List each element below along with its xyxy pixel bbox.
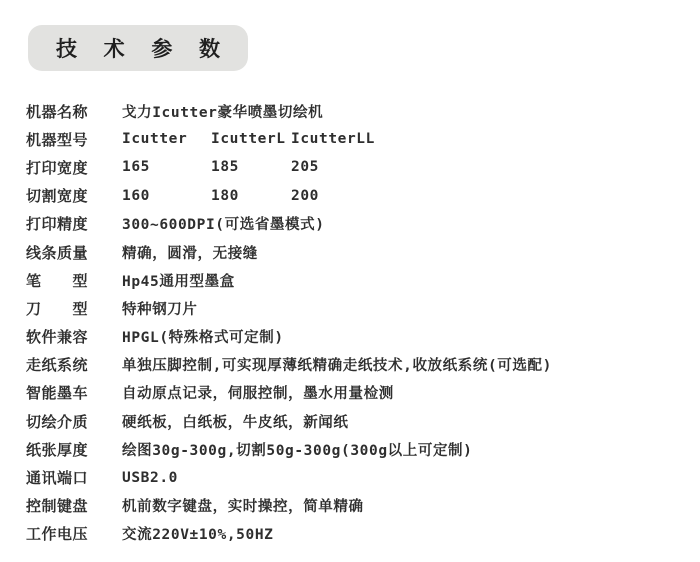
spec-value: Icutter (122, 131, 211, 147)
spec-value: 绘图30g-300g,切割50g-300g(300g以上可定制) (122, 439, 472, 460)
spec-label: 走纸系统 (26, 354, 122, 375)
spec-label: 打印宽度 (26, 157, 122, 178)
spec-value: 200 (291, 188, 319, 204)
spec-row: 机器名称戈力Icutter豪华喷墨切绘机 (26, 97, 674, 125)
spec-value: 机前数字键盘，实时操控，简单精确 (122, 495, 364, 516)
spec-label: 线条质量 (26, 242, 122, 263)
spec-label: 打印精度 (26, 213, 122, 234)
spec-value: HPGL(特殊格式可定制) (122, 326, 284, 347)
spec-label: 智能墨车 (26, 382, 122, 403)
spec-value: 185 (211, 159, 291, 175)
spec-label: 工作电压 (26, 523, 122, 544)
spec-label: 机器型号 (26, 129, 122, 150)
spec-value: 特种钢刀片 (122, 298, 198, 319)
spec-row: 切绘介质硬纸板，白纸板，牛皮纸，新闻纸 (26, 407, 674, 435)
spec-value: IcutterLL (291, 131, 375, 147)
spec-value: USB2.0 (122, 470, 178, 486)
spec-row: 工作电压交流220V±10%,50HZ (26, 520, 674, 548)
spec-row: 软件兼容HPGL(特殊格式可定制) (26, 323, 674, 351)
spec-label: 切绘介质 (26, 411, 122, 432)
spec-label: 机器名称 (26, 101, 122, 122)
spec-value: 交流220V±10%,50HZ (122, 523, 274, 544)
section-title: 技 术 参 数 (49, 33, 227, 63)
spec-label: 纸张厚度 (26, 439, 122, 460)
spec-row: 打印宽度165185205 (26, 153, 674, 181)
spec-label: 刀 型 (26, 298, 122, 319)
spec-row: 刀 型特种钢刀片 (26, 294, 674, 322)
spec-value: 205 (291, 159, 319, 175)
spec-row: 笔 型Hp45通用型墨盒 (26, 266, 674, 294)
spec-value: 单独压脚控制,可实现厚薄纸精确走纸技术,收放纸系统(可选配) (122, 354, 552, 375)
spec-value: 精确，圆滑，无接缝 (122, 242, 258, 263)
spec-row: 线条质量精确，圆滑，无接缝 (26, 238, 674, 266)
spec-value: 戈力Icutter豪华喷墨切绘机 (122, 101, 323, 122)
spec-row: 智能墨车自动原点记录，伺服控制，墨水用量检测 (26, 379, 674, 407)
spec-row: 通讯端口USB2.0 (26, 463, 674, 491)
spec-row: 控制键盘机前数字键盘，实时操控，简单精确 (26, 492, 674, 520)
spec-label: 控制键盘 (26, 495, 122, 516)
spec-value: 硬纸板，白纸板，牛皮纸，新闻纸 (122, 411, 349, 432)
spec-row: 打印精度300~600DPI(可选省墨模式) (26, 210, 674, 238)
spec-table: 机器名称戈力Icutter豪华喷墨切绘机机器型号IcutterIcutterLI… (26, 97, 674, 548)
spec-row: 切割宽度160180200 (26, 182, 674, 210)
spec-value: 165 (122, 159, 211, 175)
spec-label: 笔 型 (26, 270, 122, 291)
section-title-pill: 技 术 参 数 (28, 25, 248, 71)
spec-value: 180 (211, 188, 291, 204)
spec-row: 纸张厚度绘图30g-300g,切割50g-300g(300g以上可定制) (26, 435, 674, 463)
spec-row: 机器型号IcutterIcutterLIcutterLL (26, 125, 674, 153)
spec-label: 切割宽度 (26, 185, 122, 206)
spec-value: 自动原点记录，伺服控制，墨水用量检测 (122, 382, 394, 403)
spec-row: 走纸系统单独压脚控制,可实现厚薄纸精确走纸技术,收放纸系统(可选配) (26, 351, 674, 379)
spec-value: Hp45通用型墨盒 (122, 270, 235, 291)
spec-value: 300~600DPI(可选省墨模式) (122, 213, 325, 234)
spec-value: 160 (122, 188, 211, 204)
spec-label: 软件兼容 (26, 326, 122, 347)
spec-label: 通讯端口 (26, 467, 122, 488)
spec-value: IcutterL (211, 131, 291, 147)
